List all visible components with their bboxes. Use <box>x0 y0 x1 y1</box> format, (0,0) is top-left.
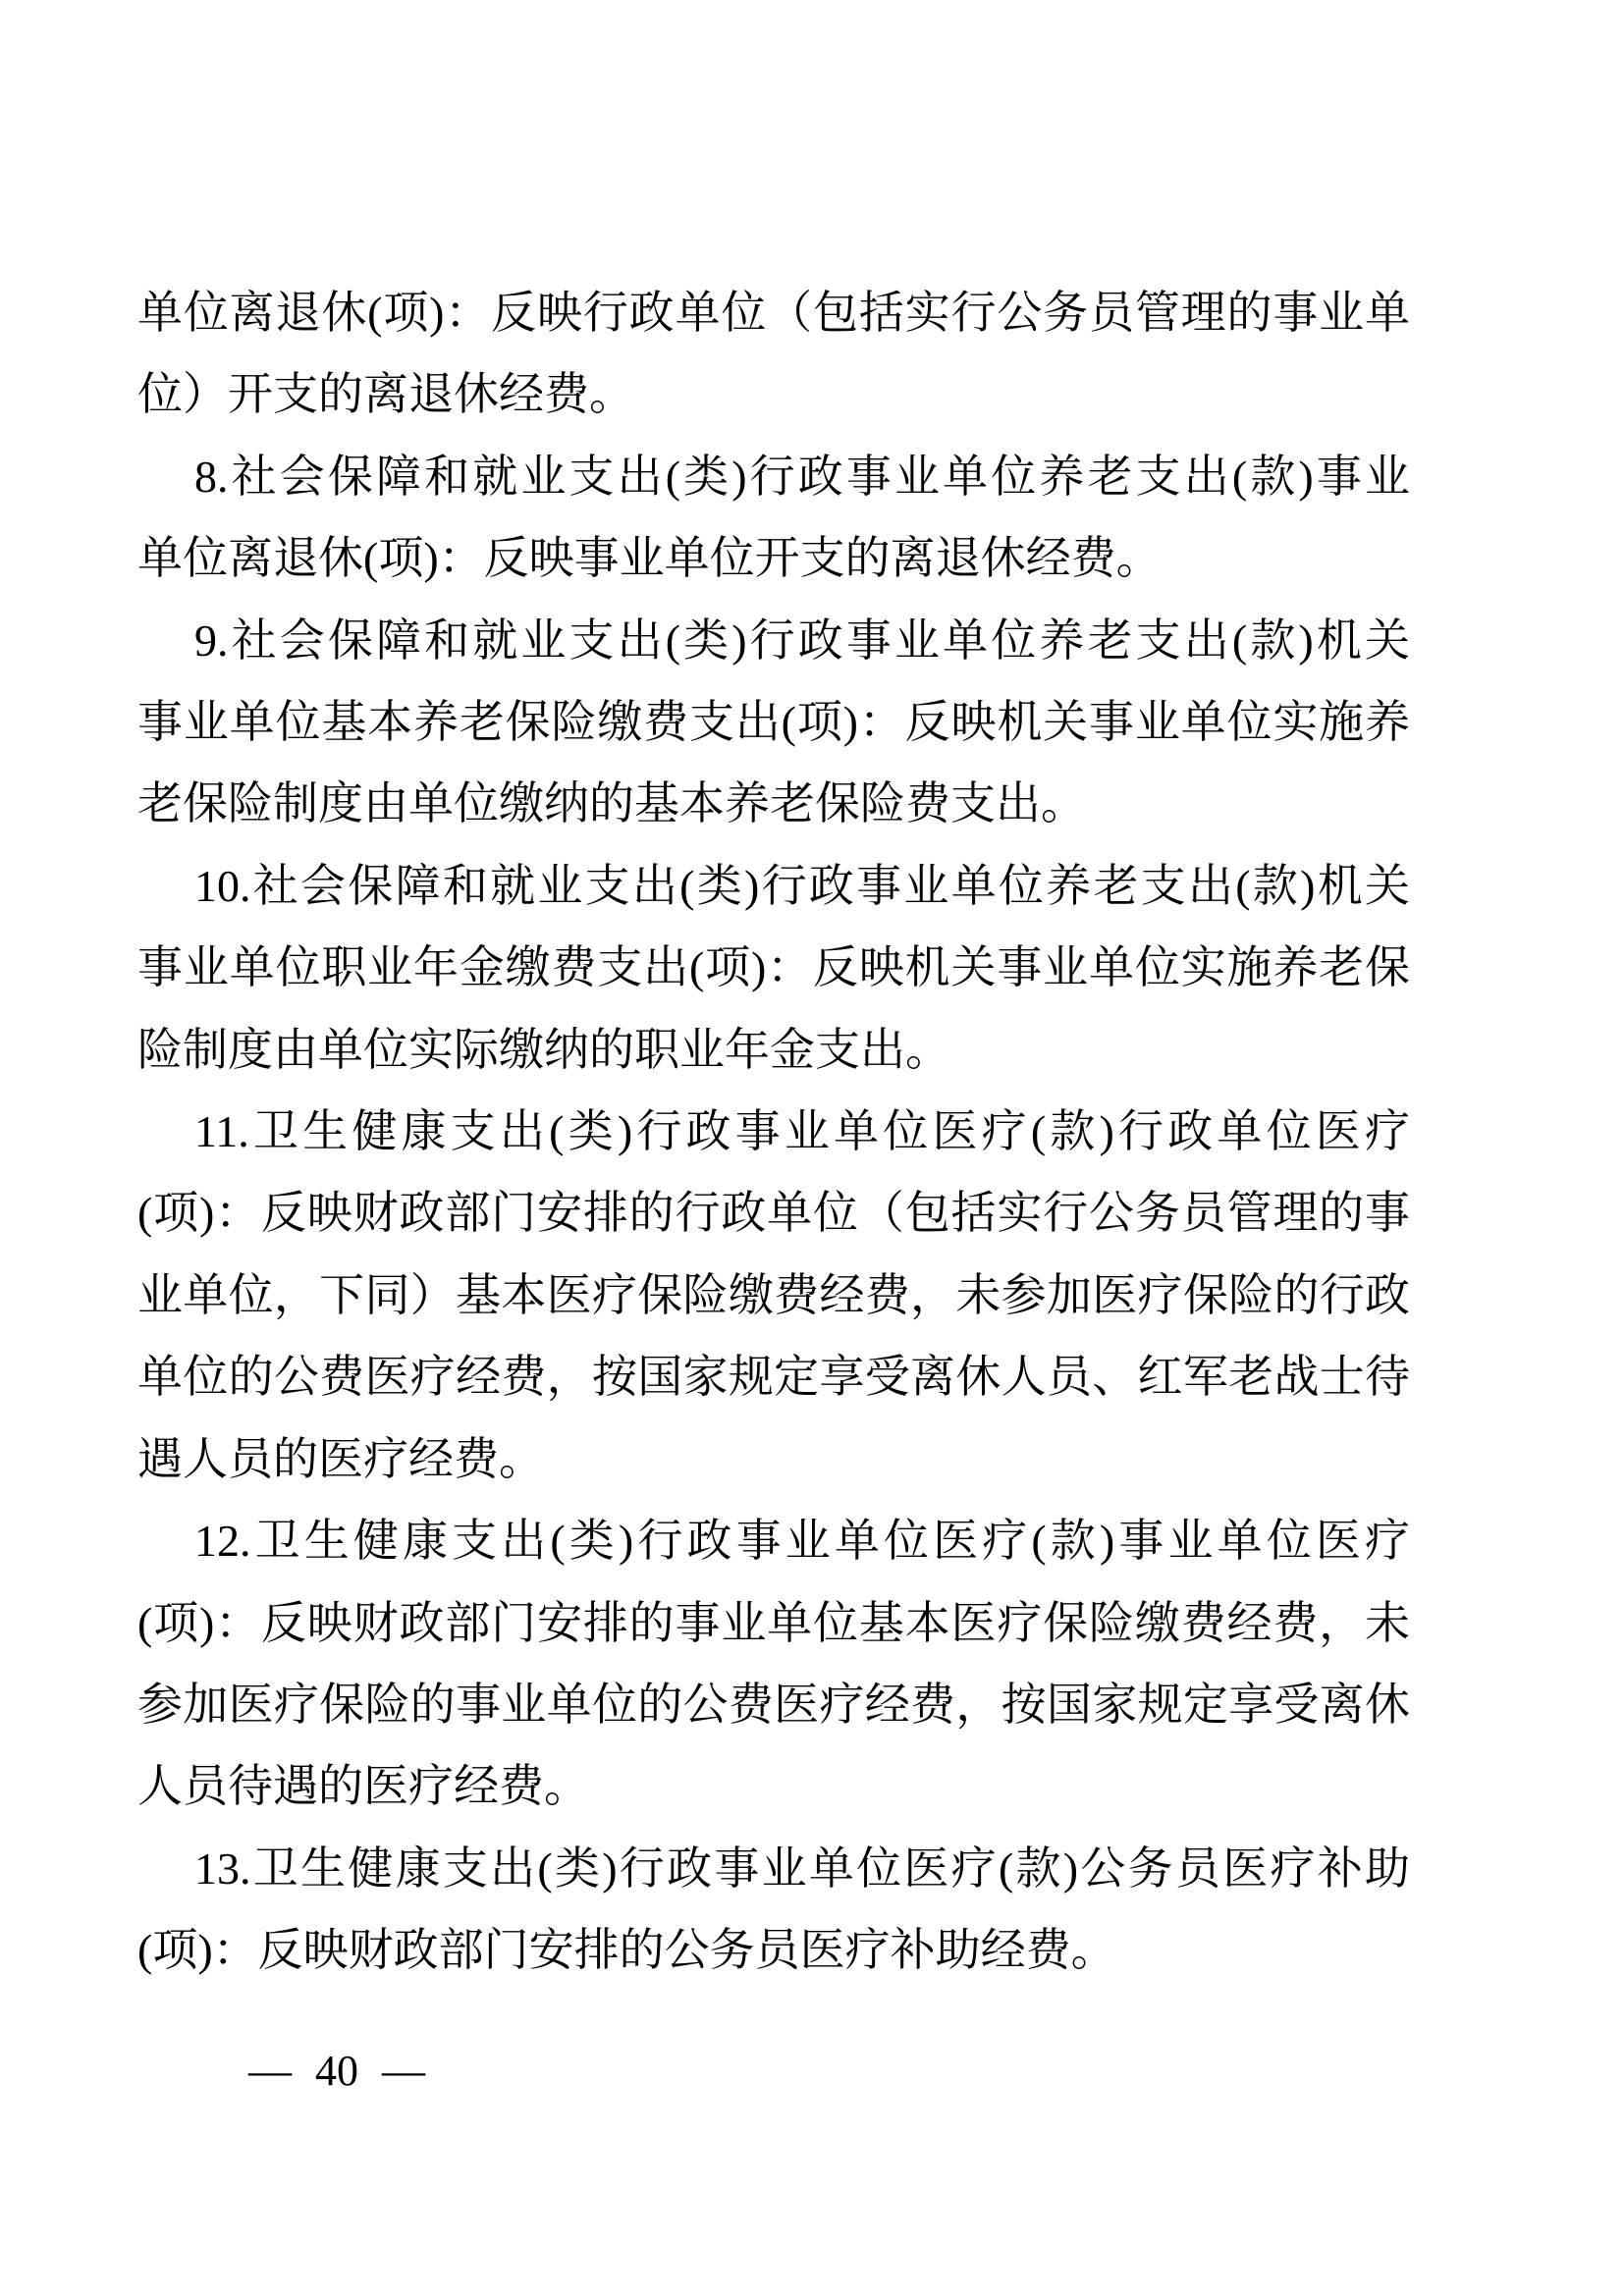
text-line: 位）开支的离退休经费。 <box>137 353 1410 435</box>
text-line: 险制度由单位实际缴纳的职业年金支出。 <box>137 1009 1410 1091</box>
text-line: (项)：反映财政部门安排的公务员医疗补助经费。 <box>137 1909 1410 1991</box>
text-line: 13.卫生健康支出(类)行政事业单位医疗(款)公务员医疗补助 <box>137 1828 1410 1909</box>
text-line: 事业单位职业年金缴费支出(项)：反映机关事业单位实施养老保 <box>137 927 1410 1008</box>
para-8: 8.社会保障和就业支出(类)行政事业单位养老支出(款)事业单位离退休(项)：反映… <box>137 436 1410 600</box>
para-7-continuation: 单位离退休(项)：反映行政单位（包括实行公务员管理的事业单位）开支的离退休经费。 <box>137 272 1410 436</box>
text-line: 8.社会保障和就业支出(类)行政事业单位养老支出(款)事业 <box>137 436 1410 517</box>
text-line: 单位离退休(项)：反映事业单位开支的离退休经费。 <box>137 517 1410 599</box>
para-9: 9.社会保障和就业支出(类)行政事业单位养老支出(款)机关事业单位基本养老保险缴… <box>137 600 1410 845</box>
text-line: 单位离退休(项)：反映行政单位（包括实行公务员管理的事业单 <box>137 272 1410 353</box>
text-line: (项)：反映财政部门安排的行政单位（包括实行公务员管理的事 <box>137 1172 1410 1254</box>
text-line: (项)：反映财政部门安排的事业单位基本医疗保险缴费经费，未 <box>137 1582 1410 1664</box>
text-line: 12.卫生健康支出(类)行政事业单位医疗(款)事业单位医疗 <box>137 1500 1410 1581</box>
text-line: 11.卫生健康支出(类)行政事业单位医疗(款)行政单位医疗 <box>137 1091 1410 1172</box>
text-line: 10.社会保障和就业支出(类)行政事业单位养老支出(款)机关 <box>137 845 1410 927</box>
document-page: 单位离退休(项)：反映行政单位（包括实行公务员管理的事业单位）开支的离退休经费。… <box>0 0 1624 2296</box>
page-number: — 40 — <box>248 2048 425 2095</box>
text-line: 9.社会保障和就业支出(类)行政事业单位养老支出(款)机关 <box>137 600 1410 681</box>
para-11: 11.卫生健康支出(类)行政事业单位医疗(款)行政单位医疗(项)：反映财政部门安… <box>137 1091 1410 1500</box>
text-line: 人员待遇的医疗经费。 <box>137 1745 1410 1827</box>
text-line: 遇人员的医疗经费。 <box>137 1418 1410 1500</box>
para-13: 13.卫生健康支出(类)行政事业单位医疗(款)公务员医疗补助(项)：反映财政部门… <box>137 1828 1410 1992</box>
text-line: 单位的公费医疗经费，按国家规定享受离休人员、红军老战士待 <box>137 1336 1410 1417</box>
text-line: 参加医疗保险的事业单位的公费医疗经费，按国家规定享受离休 <box>137 1664 1410 1745</box>
para-10: 10.社会保障和就业支出(类)行政事业单位养老支出(款)机关事业单位职业年金缴费… <box>137 845 1410 1091</box>
text-line: 事业单位基本养老保险缴费支出(项)：反映机关事业单位实施养 <box>137 681 1410 763</box>
document-body: 单位离退休(项)：反映行政单位（包括实行公务员管理的事业单位）开支的离退休经费。… <box>137 272 1410 1992</box>
text-line: 业单位，下同）基本医疗保险缴费经费，未参加医疗保险的行政 <box>137 1255 1410 1336</box>
para-12: 12.卫生健康支出(类)行政事业单位医疗(款)事业单位医疗(项)：反映财政部门安… <box>137 1500 1410 1828</box>
text-line: 老保险制度由单位缴纳的基本养老保险费支出。 <box>137 763 1410 844</box>
